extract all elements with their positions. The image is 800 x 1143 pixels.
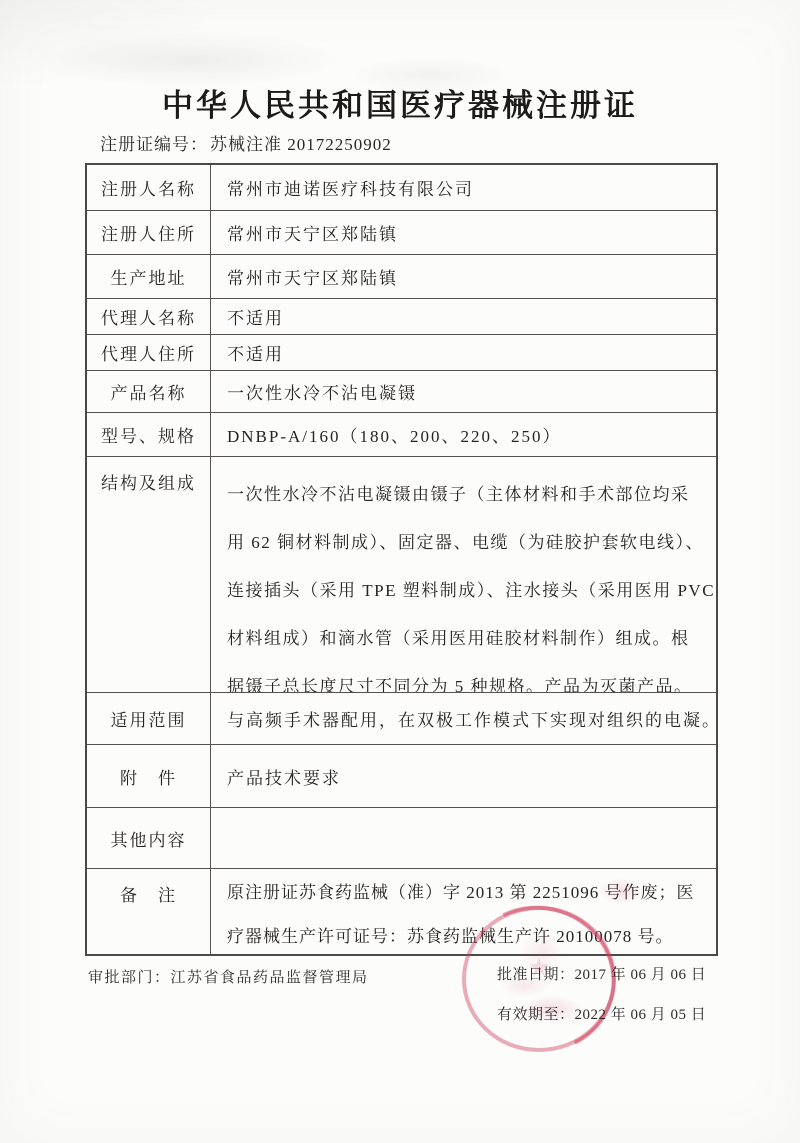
table-row-agent-name: 代理人名称 不适用 [87,298,716,334]
row-value: DNBP-A/160（180、200、220、250） [211,413,716,456]
approval-department-value: 江苏省食品药品监督管理局 [171,970,369,986]
table-row-registrant-address: 注册人住所 常州市天宁区郑陆镇 [87,210,716,254]
table-row-registrant-name: 注册人名称 常州市迪诺医疗科技有限公司 [87,165,716,210]
table-row-agent-address: 代理人住所 不适用 [87,334,716,370]
table-row-production-address: 生产地址 常州市天宁区郑陆镇 [87,254,716,298]
row-value: 常州市天宁区郑陆镇 [211,211,716,254]
row-label: 适用范围 [87,693,211,744]
approval-date-line: 批准日期：2017 年 06 月 06 日 [497,963,706,984]
row-value-line: 材料组成）和滴水管（采用医用硅胶材料制作）组成。根 [227,615,710,663]
row-value: 常州市天宁区郑陆镇 [211,255,716,298]
approval-date-value: 2017 年 06 月 06 日 [575,967,707,983]
row-value-line: 一次性水冷不沾电凝镊由镊子（主体材料和手术部位均采 [227,471,710,519]
table-row-attachment: 附 件 产品技术要求 [87,744,716,807]
approval-date-label: 批准日期： [497,967,575,983]
row-label: 生产地址 [87,255,211,298]
row-value: 产品技术要求 [211,745,716,807]
row-label: 代理人名称 [87,299,211,334]
valid-until-label: 有效期至： [497,1007,575,1023]
table-row-other-content: 其他内容 [87,807,716,868]
row-value: 常州市迪诺医疗科技有限公司 [211,165,716,210]
table-row-remarks: 备 注 原注册证苏食药监械（准）字 2013 第 2251096 号作废；医 疗… [87,868,716,954]
row-value: 不适用 [211,335,716,370]
document-title: 中华人民共和国医疗器械注册证 [0,80,800,125]
row-value-line: 据镊子总长度尺寸不同分为 5 种规格。产品为灭菌产品。 [227,663,710,692]
registration-number-value: 苏械注准 20172250902 [208,135,392,154]
row-label: 型号、规格 [87,413,211,456]
table-row-product-name: 产品名称 一次性水冷不沾电凝镊 [87,370,716,412]
row-label: 注册人住所 [87,211,211,254]
row-value-line: 连接插头（采用 TPE 塑料制成）、注水接头（采用医用 PVC [227,567,710,615]
certificate-table: 注册人名称 常州市迪诺医疗科技有限公司 注册人住所 常州市天宁区郑陆镇 生产地址… [85,163,718,956]
approval-department-line: 审批部门：江苏省食品药品监督管理局 [88,966,369,987]
row-value: 不适用 [211,299,716,334]
registration-number-label: 注册证编号： [100,135,208,154]
row-value-line: 疗器械生产许可证号：苏食药监械生产许 20100078 号。 [227,915,710,954]
approval-department-label: 审批部门： [88,970,171,986]
row-value: 一次性水冷不沾电凝镊 [211,371,716,412]
table-row-model-spec: 型号、规格 DNBP-A/160（180、200、220、250） [87,412,716,456]
row-value: 一次性水冷不沾电凝镊由镊子（主体材料和手术部位均采 用 62 铜材料制成）、固定… [211,457,716,692]
row-label: 产品名称 [87,371,211,412]
row-label: 备 注 [87,869,211,954]
row-label: 注册人名称 [87,165,211,210]
row-label: 代理人住所 [87,335,211,370]
table-row-structure-composition: 结构及组成 一次性水冷不沾电凝镊由镊子（主体材料和手术部位均采 用 62 铜材料… [87,456,716,692]
registration-number-line: 注册证编号：苏械注准 20172250902 [100,130,392,155]
row-value: 原注册证苏食药监械（准）字 2013 第 2251096 号作废；医 疗器械生产… [211,869,716,954]
table-row-scope-of-application: 适用范围 与高频手术器配用，在双极工作模式下实现对组织的电凝。 [87,692,716,744]
row-label: 附 件 [87,745,211,807]
valid-until-line: 有效期至：2022 年 06 月 05 日 [497,1003,706,1024]
row-value-line: 原注册证苏食药监械（准）字 2013 第 2251096 号作废；医 [227,871,710,915]
row-label: 其他内容 [87,808,211,868]
row-value-line: 用 62 铜材料制成）、固定器、电缆（为硅胶护套软电线）、 [227,519,710,567]
row-label: 结构及组成 [87,457,211,692]
certificate-page: 中华人民共和国医疗器械注册证 注册证编号：苏械注准 20172250902 注册… [0,0,800,1143]
row-value [211,808,716,868]
row-value: 与高频手术器配用，在双极工作模式下实现对组织的电凝。 [211,693,716,744]
valid-until-value: 2022 年 06 月 05 日 [575,1007,707,1023]
